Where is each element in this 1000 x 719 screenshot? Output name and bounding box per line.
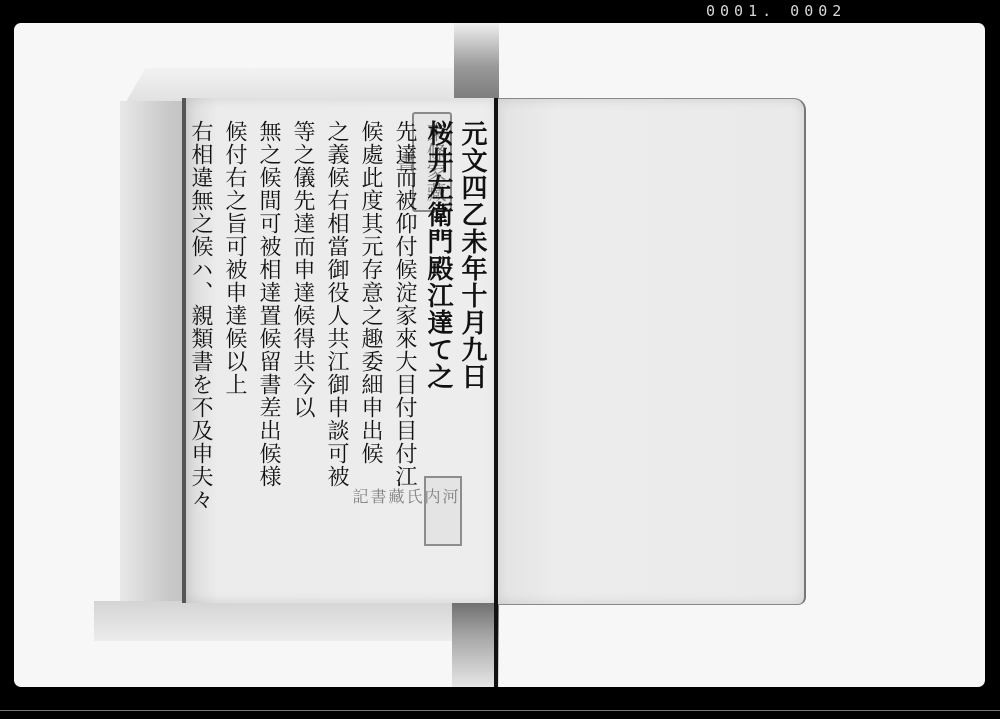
text-column: 先達而被仰付候淀家來大目付目付江 — [387, 120, 421, 590]
seal-bottom-text: 河内氏藏書記 — [350, 480, 458, 511]
text-column: 無之候間可被相達置候留書差出候様 — [251, 120, 285, 590]
gutter-clip-bottom — [452, 601, 499, 687]
text-column: 之義候右相當御役人共江御申談可被 — [319, 120, 353, 590]
left-page: 東條家藏書 元文四乙未年十月九日 桜井左衛門殿江達て之 先達而被仰付候淀家來大目… — [182, 98, 497, 603]
frame-counter: 0001. 0002 — [706, 2, 846, 20]
text-column: 候處此度其元存意之趣委細申出候 — [353, 120, 387, 590]
text-column: 右相違無之候ハ、親類書を不及申夫々 — [183, 120, 217, 590]
text-column: 等之儀先達而申達候得共今以 — [285, 120, 319, 590]
gutter-line — [494, 98, 498, 687]
text-column: 候付右之旨可被申達候以上 — [217, 120, 251, 590]
right-page — [496, 98, 806, 605]
film-edge-line — [0, 710, 1000, 711]
film-frame: 東條家藏書 元文四乙未年十月九日 桜井左衛門殿江達て之 先達而被仰付候淀家來大目… — [14, 23, 985, 687]
gutter-clip-top — [454, 23, 499, 101]
library-seal-bottom: 河内氏藏書記 — [424, 476, 462, 546]
book-shadow-bottom — [94, 601, 484, 641]
